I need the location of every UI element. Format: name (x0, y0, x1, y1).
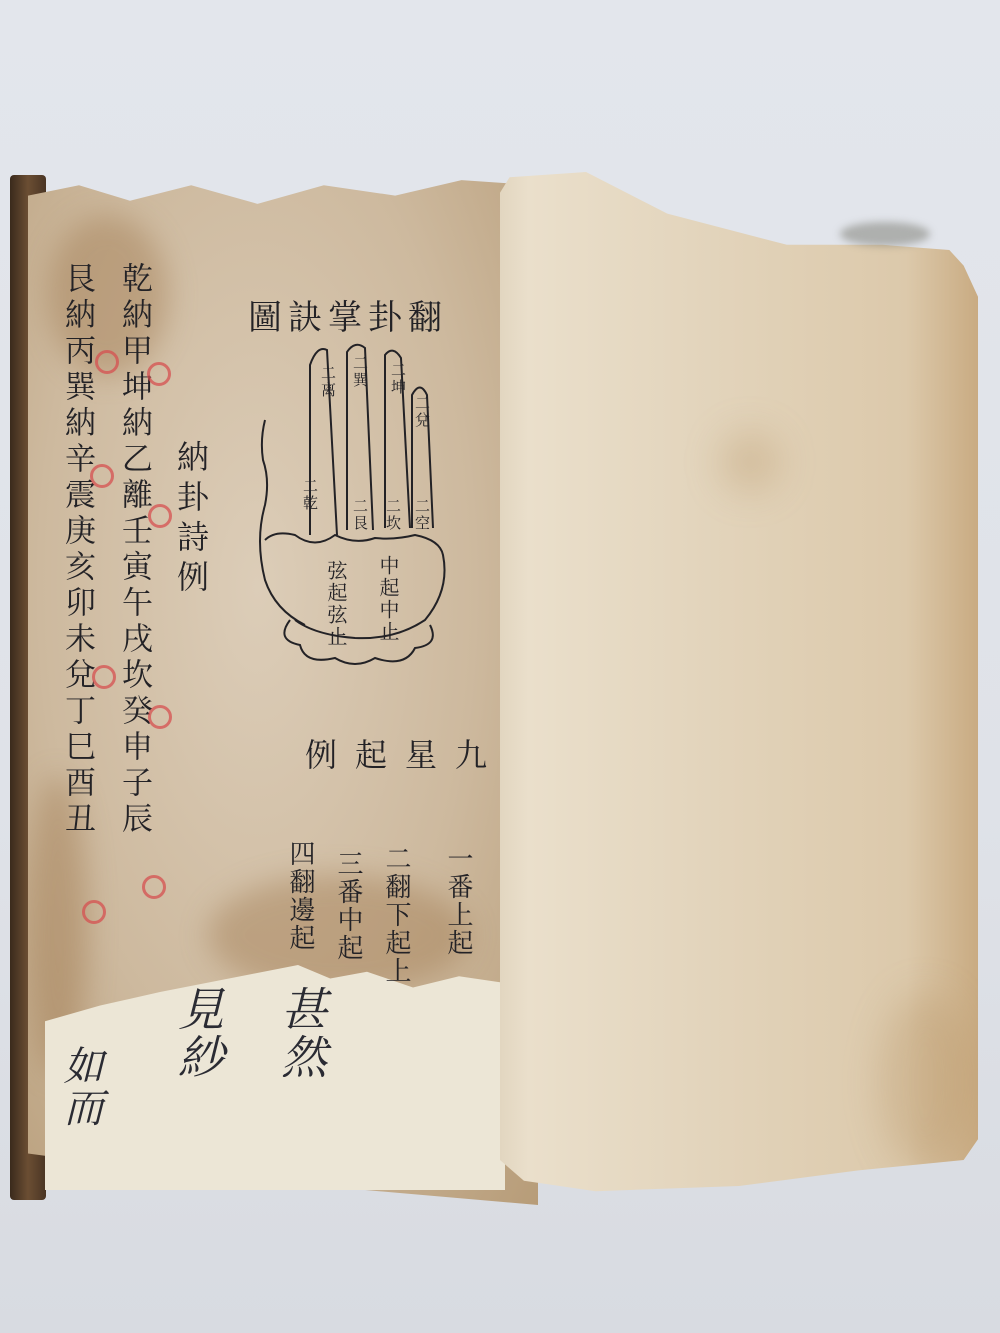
cursive-1: 見紗 (165, 985, 231, 1081)
mold-spot (840, 222, 930, 246)
finger-label-pinky-bottom: 二空 (412, 498, 433, 532)
finger-label-middle: 二巽 (350, 355, 371, 389)
nine-star-heading: 九星起例 (265, 730, 505, 776)
palm-text-string: 弦起弦止 (322, 560, 351, 648)
seal-mark (148, 705, 172, 729)
cursive-3: 如而 (52, 1045, 109, 1129)
seal-mark (82, 900, 106, 924)
najia-heading: 納卦詩例 (168, 440, 214, 600)
seal-mark (92, 665, 116, 689)
nine-star-line-3: 三番中起 (330, 850, 367, 962)
najia-line-2: 艮納丙巽納辛震庚亥卯未兌丁巳酉丑 (55, 262, 100, 922)
finger-label-ring-bottom: 二坎 (383, 498, 404, 532)
finger-label-index: 二离 (318, 365, 339, 525)
seal-mark (90, 464, 114, 488)
diagram-title: 翻卦掌訣圖 (238, 290, 448, 339)
finger-label-pinky: 二兌 (412, 395, 433, 429)
finger-label-middle-bottom: 二艮 (350, 498, 371, 532)
finger-label-index-bottom: 二乾 (300, 478, 321, 512)
nine-star-line-1: 一番上起 (440, 845, 477, 957)
seal-mark (147, 362, 171, 386)
seal-mark (95, 350, 119, 374)
seal-mark (148, 504, 172, 528)
cursive-2: 甚然 (268, 985, 334, 1081)
right-page (500, 172, 978, 1212)
palm-text-middle: 中起中止 (374, 555, 403, 643)
nine-star-line-4: 四翻邊起 (282, 840, 319, 952)
finger-label-ring: 二坤 (388, 362, 409, 396)
seal-mark (142, 875, 166, 899)
nine-star-line-2: 二翻下起上 (378, 845, 415, 985)
